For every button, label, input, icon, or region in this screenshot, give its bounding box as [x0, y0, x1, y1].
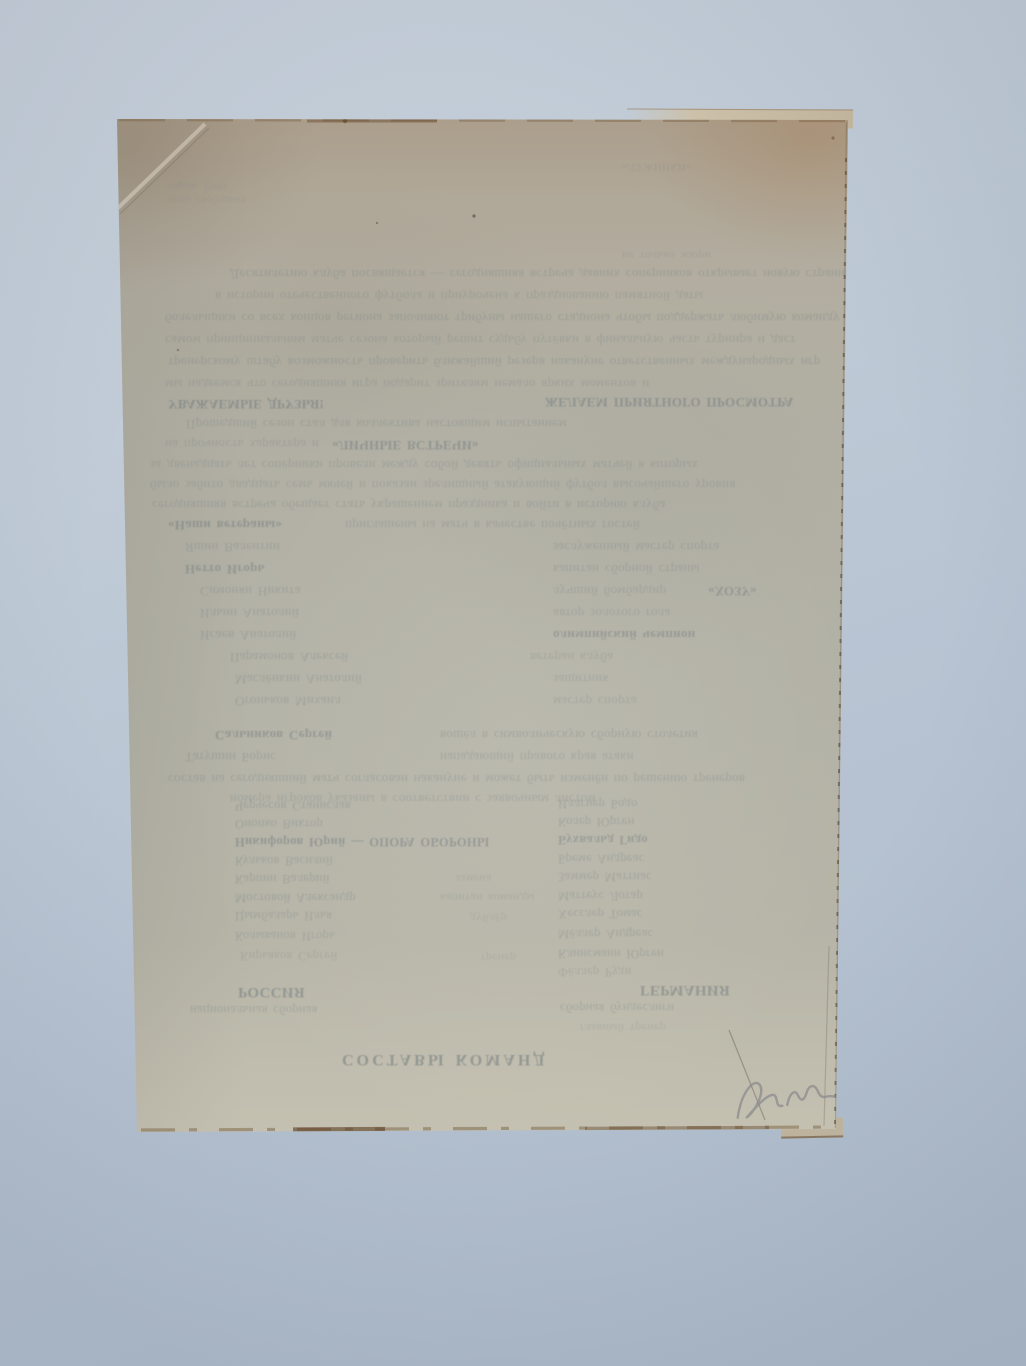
- ghost-text-line: приглашены на матч в качестве почётных г…: [345, 517, 640, 533]
- ghost-text-line: болельщики со всех концов региона заполн…: [165, 310, 852, 326]
- ghost-text-line: национальная сборная: [190, 1002, 318, 1017]
- ghost-text-line: Клинсманн Юрген: [558, 946, 664, 961]
- ghost-text-line: Фёллер Руди: [558, 964, 632, 979]
- ghost-text-line: Ильин Анатолий: [200, 605, 299, 621]
- photo-background: «ЛУЖНИКИ»тираж 1000цена свободнаяне толь…: [0, 0, 1026, 1366]
- ghost-text-line: Бухвальд Гидо: [558, 832, 648, 847]
- ghost-text-line: вошёл в символическую сборную столетия: [440, 727, 698, 743]
- ghost-text-line: Татушин Борис: [185, 749, 276, 765]
- ghost-text-line: Мёллер Андреас: [558, 926, 653, 941]
- ghost-text-line: автор золотого гола: [553, 605, 671, 621]
- paper-sheet: «ЛУЖНИКИ»тираж 1000цена свободнаяне толь…: [117, 118, 848, 1132]
- ghost-text-line: сборная бундеслиги: [560, 1000, 674, 1015]
- ghost-text-line: Маттеус Лотар: [558, 888, 643, 903]
- ghost-text-line: Черчесов Станислав: [235, 798, 351, 813]
- ghost-text-line: Нетто Игорь: [185, 561, 265, 577]
- bleedthrough-text-layer: «ЛУЖНИКИ»тираж 1000цена свободнаяне толь…: [117, 118, 848, 1132]
- ghost-text-line: в истории отечественного футбола и приур…: [215, 288, 703, 304]
- ghost-text-line: лучший бомбардир: [553, 583, 666, 599]
- ghost-text-line: ГЕРМАНИЯ: [640, 981, 730, 998]
- ghost-text-line: Колыванов Игорь: [235, 928, 335, 943]
- ghost-text-line: главный тренер: [580, 1020, 666, 1035]
- ghost-text-line: было забито двадцать семь мячей и показа…: [150, 477, 736, 493]
- ghost-text-line: мы надеемся что сегодняшняя игра подарит…: [165, 376, 650, 392]
- ghost-text-line: «Наши ветераны»: [168, 517, 282, 533]
- ghost-text-line: «ХОЗУ»: [708, 583, 757, 599]
- ghost-text-line: тренерскому штабу возможность проверить …: [168, 354, 821, 370]
- ghost-text-line: Колер Юрген: [558, 814, 635, 829]
- ghost-text-line: Хесслер Томас: [558, 906, 643, 921]
- ghost-text-line: «ЛИЧНЫЕ ВСТРЕЧИ»: [332, 437, 479, 453]
- ghost-text-line: олимпийский чемпион: [553, 627, 696, 643]
- ghost-text-line: самом принципиальном матче сезона которы…: [165, 332, 796, 348]
- ghost-text-line: Онопко Виктор: [235, 816, 323, 831]
- ghost-text-line: капитан команды: [440, 890, 535, 905]
- ghost-text-line: Яшин Валентин: [185, 539, 280, 555]
- ghost-text-line: СОСТАВЫ КОМАНД: [342, 1050, 547, 1068]
- ghost-text-line: мастер спорта: [553, 693, 637, 709]
- ghost-text-line: на прочность характера и: [165, 436, 319, 452]
- ghost-text-line: РОССИЯ: [238, 983, 305, 1000]
- ghost-text-line: нападающий правого края атаки: [440, 749, 634, 765]
- ghost-text-line: Огоньков Михаил: [235, 693, 341, 709]
- ghost-text-line: Прошедший сезон стал для коллектива наст…: [186, 416, 567, 432]
- ghost-text-line: Карпин Валерий: [235, 871, 330, 886]
- ghost-text-line: ветеран клуба: [530, 649, 613, 665]
- ghost-text-line: ЖЕЛАЕМ ПРИЯТНОГО ПРОСМОТРА: [545, 394, 794, 410]
- ghost-text-line: замена: [455, 871, 492, 886]
- ghost-text-line: «ЛУЖНИКИ»: [622, 161, 692, 173]
- ghost-text-line: Исаев Анатолий: [200, 627, 296, 643]
- ghost-text-line: Бреме Андреас: [558, 851, 645, 866]
- ghost-text-line: дублёр: [470, 910, 507, 925]
- ghost-text-line: УВАЖАЕМЫЕ ДРУЗЬЯ!: [168, 396, 324, 412]
- ghost-text-line: состав на сегодняшний матч согласован на…: [168, 771, 745, 787]
- ghost-text-line: Сальников Сергей: [215, 727, 332, 743]
- ghost-text-line: Симонян Никита: [200, 583, 301, 599]
- ghost-text-line: тренер: [480, 950, 516, 965]
- ghost-text-line: капитан сборной страны: [553, 561, 700, 577]
- ghost-text-line: Маслёнкин Анатолий: [235, 671, 362, 687]
- ghost-text-line: Иллгнер Бодо: [558, 796, 638, 811]
- ghost-text-line: Мостовой Александр: [235, 890, 356, 905]
- ghost-text-line: за двенадцать лет соперники провели межд…: [150, 457, 698, 473]
- ghost-text-line: Парамонов Алексей: [230, 649, 348, 665]
- ghost-text-line: Кульков Василий: [235, 853, 333, 868]
- ghost-text-line: Никифоров Юрий — ОПОРА ОБОРОНЫ: [235, 834, 489, 849]
- ghost-text-line: Цымбаларь Илья: [235, 908, 332, 923]
- ghost-text-line: заслуженный мастер спорта: [553, 539, 719, 555]
- ghost-text-line: не только жюри: [622, 248, 711, 263]
- ghost-text-line: защитник: [553, 671, 609, 687]
- paper-front-surface: «ЛУЖНИКИ»тираж 1000цена свободнаяне толь…: [117, 118, 848, 1132]
- ghost-text-line: цена свободная: [168, 194, 246, 206]
- ghost-text-line: сегодняшняя встреча обещает стать украше…: [152, 497, 666, 513]
- ghost-text-line: Кирьяков Сергей: [240, 948, 337, 963]
- ghost-text-line: тираж 1000: [168, 180, 226, 192]
- ghost-text-line: Заммер Маттиас: [558, 869, 652, 884]
- ghost-text-line: Десятилетию клуба посвящается — сегодняш…: [230, 266, 859, 282]
